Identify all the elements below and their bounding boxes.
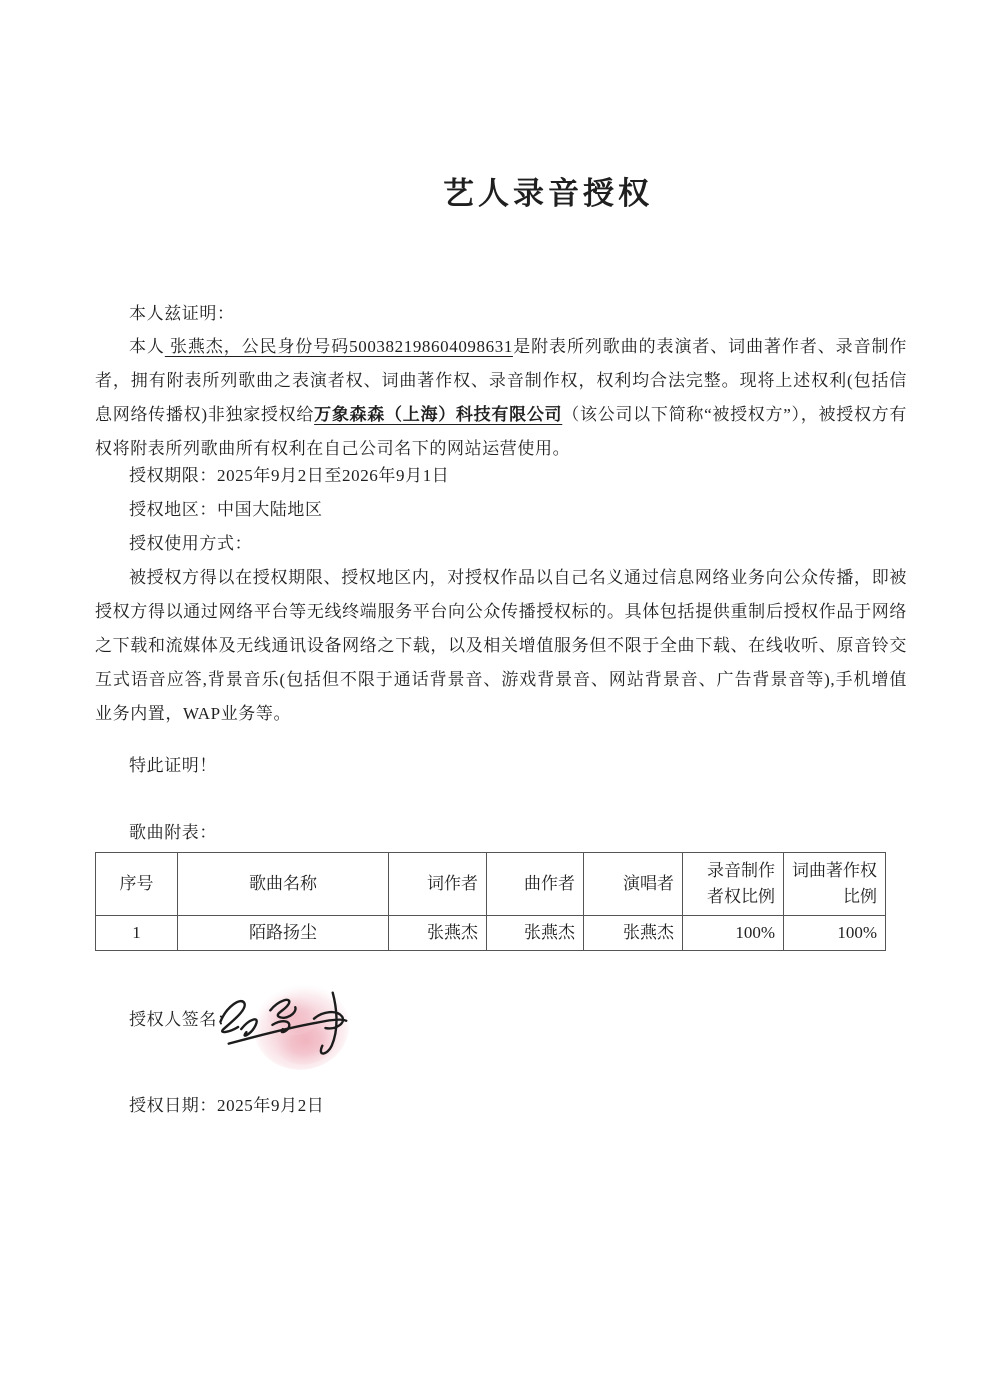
- terms-block: 授权期限：2025年9月2日至2026年9月1日 授权地区：中国大陆地区 授权使…: [95, 459, 907, 561]
- handwritten-signature-with-fingerprint: [210, 975, 366, 1079]
- header-lyricist: 词作者: [389, 853, 487, 916]
- term-usage: 授权使用方式：: [95, 527, 907, 561]
- song-composer: 张燕杰: [487, 916, 584, 951]
- usage-detail-paragraph: 被授权方得以在授权期限、授权地区内，对授权作品以自己名义通过信息网络业务向公众传…: [95, 561, 907, 731]
- header-index: 序号: [96, 853, 178, 916]
- song-performer: 张燕杰: [584, 916, 683, 951]
- header-writing-share: 词曲著作权 比例: [784, 853, 886, 916]
- intro-line: 本人兹证明：: [95, 297, 907, 331]
- song-lyricist: 张燕杰: [389, 916, 487, 951]
- song-index: 1: [96, 916, 178, 951]
- song-row: 1 陌路扬尘 张燕杰 张燕杰 张燕杰 100% 100%: [96, 916, 886, 951]
- para1-prefix: 本人: [129, 337, 165, 356]
- header-performer: 演唱者: [584, 853, 683, 916]
- header-recording-share: 录音制作 者权比例: [683, 853, 784, 916]
- closing-line: 特此证明！: [95, 749, 907, 783]
- song-recording-share: 100%: [683, 916, 784, 951]
- licensor-name-id: 张燕杰，公民身份号码500382198604098631: [165, 337, 513, 356]
- document-title: 艺人录音授权: [143, 172, 953, 216]
- term-period: 授权期限：2025年9月2日至2026年9月1日: [95, 459, 907, 493]
- authorization-paragraph: 本人 张燕杰，公民身份号码500382198604098631是附表所列歌曲的表…: [95, 330, 907, 466]
- term-region: 授权地区：中国大陆地区: [95, 493, 907, 527]
- licensee-company-name: 万象森森（上海）科技有限公司: [314, 405, 562, 424]
- authorization-document-page: 艺人录音授权 本人兹证明： 本人 张燕杰，公民身份号码5003821986040…: [0, 0, 1000, 1400]
- song-title: 陌路扬尘: [178, 916, 389, 951]
- header-song-name: 歌曲名称: [178, 853, 389, 916]
- song-writing-share: 100%: [784, 916, 886, 951]
- header-composer: 曲作者: [487, 853, 584, 916]
- appendix-label: 歌曲附表：: [95, 816, 907, 850]
- date-line: 授权日期：2025年9月2日: [95, 1089, 907, 1123]
- songs-table: 序号 歌曲名称 词作者 曲作者 演唱者 录音制作 者权比例 词曲著作权 比例 1…: [95, 852, 886, 951]
- songs-table-header-row: 序号 歌曲名称 词作者 曲作者 演唱者 录音制作 者权比例 词曲著作权 比例: [96, 853, 886, 916]
